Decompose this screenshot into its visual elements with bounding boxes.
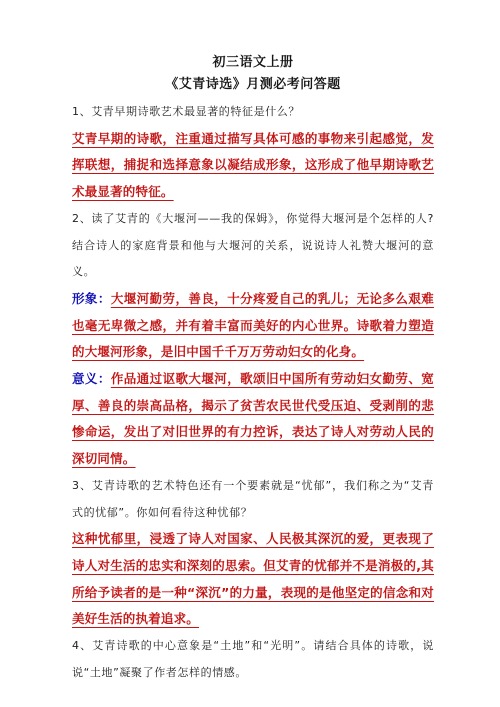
answer-2-image: 形象：大堰河勤劳，善良，十分疼爱自己的乳儿；无论多么艰难也毫无卑微之感，并有着丰… [72, 286, 434, 366]
answer-3-text: 这种忧郁里，浸透了诗人对国家、人民极其深沉的爱，更表现了诗人对生活的忠实和深刻的… [72, 531, 434, 626]
document-page: 初三语文上册 《艾青诗选》月测必考问答题 1、艾青早期诗歌艺术最显著的特征是什么… [0, 0, 500, 707]
doc-title-line-1: 初三语文上册 [72, 52, 434, 74]
answer-2-image-label: 形象： [72, 291, 111, 306]
answer-1-text: 艾青早期的诗歌，注重通过描写具体可感的事物来引起感觉，发挥联想，捕捉和选择意象以… [72, 131, 434, 199]
question-2: 2、读了艾青的《大堰河——我的保姆》，你觉得大堰河是个怎样的人?结合诗人的家庭背… [72, 206, 434, 286]
answer-3: 这种忧郁里，浸透了诗人对国家、人民极其深沉的爱，更表现了诗人对生活的忠实和深刻的… [72, 526, 434, 633]
question-3: 3、艾青诗歌的艺术特色还有一个要素就是“忧郁”，我们称之为“艾青式的忧郁”。你如… [72, 473, 434, 526]
document-body: 1、艾青早期诗歌艺术最显著的特征是什么？ 艾青早期的诗歌，注重通过描写具体可感的… [72, 99, 434, 686]
document-header: 初三语文上册 《艾青诗选》月测必考问答题 [72, 52, 434, 96]
answer-2-meaning-label: 意义： [72, 371, 111, 386]
question-1: 1、艾青早期诗歌艺术最显著的特征是什么？ [72, 99, 434, 126]
doc-title-line-2: 《艾青诗选》月测必考问答题 [72, 74, 434, 96]
answer-2-meaning-text: 作品通过讴歌大堰河，歌颂旧中国所有劳动妇女勤劳、宽厚、善良的崇高品格，揭示了贫苦… [72, 371, 434, 466]
question-4: 4、艾青诗歌的中心意象是“土地”和“光明”。请结合具体的诗歌，说说“土地”凝聚了… [72, 633, 434, 686]
answer-2-meaning: 意义：作品通过讴歌大堰河，歌颂旧中国所有劳动妇女勤劳、宽厚、善良的崇高品格，揭示… [72, 366, 434, 473]
answer-1: 艾青早期的诗歌，注重通过描写具体可感的事物来引起感觉，发挥联想，捕捉和选择意象以… [72, 126, 434, 206]
answer-2-image-text: 大堰河勤劳，善良，十分疼爱自己的乳儿；无论多么艰难也毫无卑微之感，并有着丰富而美… [72, 291, 434, 359]
